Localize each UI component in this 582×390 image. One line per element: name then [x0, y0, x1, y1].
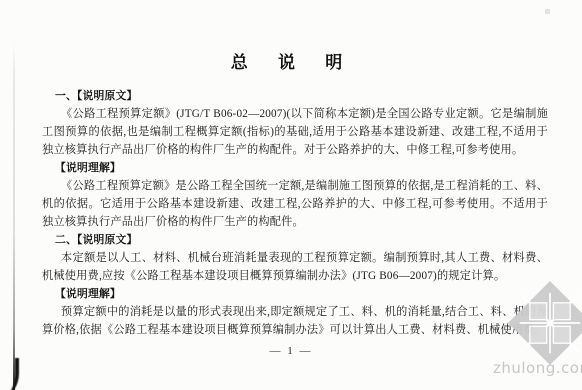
- section-heading: 二、【说明原文】: [42, 231, 548, 249]
- page-title: 总 说 明: [0, 48, 582, 73]
- scan-speck: [545, 9, 550, 14]
- section-heading: 【说明理解】: [42, 159, 548, 177]
- zhulong-logo-icon: [508, 281, 582, 365]
- section-paragraph: 预算定额中的消耗是以量的形式表现出来,即定额规定了工、料、机的消耗量,结合工、料…: [42, 303, 548, 339]
- section-heading: 【说明理解】: [42, 285, 548, 303]
- section-heading: 一、【说明原文】: [42, 87, 548, 105]
- section-paragraph: 《公路工程预算定额》是公路工程全国统一定额,是编制施工图预算的依据,是工程消耗的…: [42, 177, 548, 231]
- section-paragraph: 《公路工程预算定额》(JTG/T B06-02—2007)(以下简称本定额)是全…: [42, 105, 548, 159]
- page-number: — 1 —: [0, 345, 582, 357]
- section-paragraph: 本定额是以人工、材料、机械台班消耗量表现的工程预算定额。编制预算时,其人工费、材…: [42, 249, 548, 285]
- watermark-site-text: zhulong.com: [493, 359, 582, 377]
- scanned-document-page: 总 说 明 一、【说明原文】 《公路工程预算定额》(JTG/T B06-02—2…: [0, 0, 582, 390]
- document-body: 一、【说明原文】 《公路工程预算定额》(JTG/T B06-02—2007)(以…: [42, 87, 548, 339]
- scan-edge-line: [13, 42, 15, 390]
- scan-corner-shadow: [3, 358, 19, 390]
